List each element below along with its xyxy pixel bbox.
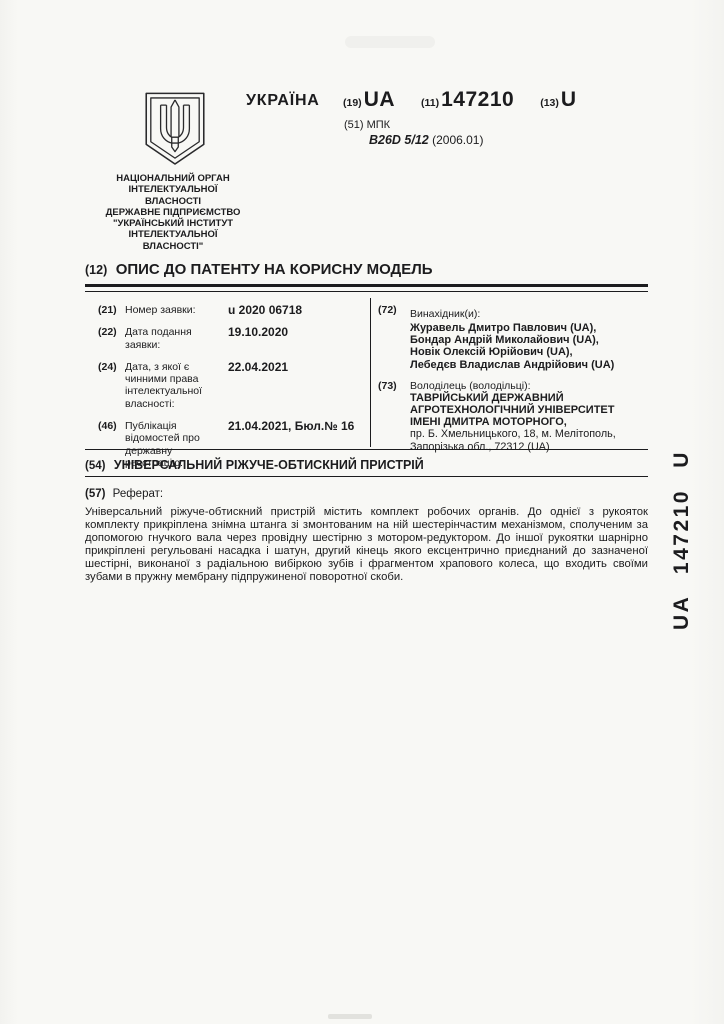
authority-line: ІНТЕЛЕКТУАЛЬНОЇ	[75, 184, 271, 195]
field-73-row: (73) Володілець (володільці): ТАВРІЙСЬКИ…	[378, 380, 640, 454]
scan-artifact	[328, 1014, 372, 1019]
country-name: УКРАЇНА	[246, 92, 320, 110]
effective-date: 22.04.2021	[228, 361, 360, 410]
field-number: (21)	[98, 304, 125, 316]
field-number: (24)	[98, 361, 125, 410]
authority-line: "УКРАЇНСЬКИЙ ІНСТИТУТ	[75, 218, 271, 229]
ipc-class-code: B26D 5/12	[369, 133, 429, 147]
authority-line: ВЛАСНОСТІ"	[75, 241, 271, 252]
invention-title: УНІВЕРСАЛЬНИЙ РІЖУЧЕ-ОБТИСКНИЙ ПРИСТРІЙ	[114, 458, 424, 472]
inventors-label: Винахідник(и):	[410, 308, 480, 320]
abstract-label: Реферат:	[113, 488, 163, 500]
inventors-list: Журавель Дмитро Павлович (UA), Бондар Ан…	[410, 322, 640, 371]
authority-line: ДЕРЖАВНЕ ПІДПРИЄМСТВО	[75, 207, 271, 218]
vertical-publication-code: UA 147210 U	[670, 450, 694, 630]
field-label: Номер заявки:	[125, 304, 228, 316]
field-number: (73)	[378, 380, 410, 454]
owner-name: ТАВРІЙСЬКИЙ ДЕРЖАВНИЙ АГРОТЕХНОЛОГІЧНИЙ …	[410, 392, 640, 429]
ipc-version: (2006.01)	[432, 133, 483, 147]
column-divider	[370, 298, 371, 447]
ipc-heading: (51) МПК	[344, 119, 390, 131]
field-57-number: (57)	[85, 488, 105, 500]
biblio-right-column: (72) Винахідник(и): Журавель Дмитро Павл…	[378, 304, 640, 463]
title-underline-rule	[85, 476, 648, 477]
field-number: (22)	[98, 326, 125, 351]
field-24-row: (24) Дата, з якої є чинними права інтеле…	[98, 361, 360, 410]
filing-date: 19.10.2020	[228, 326, 360, 351]
ipc-classification: B26D 5/12 (2006.01)	[369, 133, 483, 147]
code-11-label: (11)	[421, 97, 439, 109]
biblio-left-column: (21) Номер заявки: u 2020 06718 (22) Дат…	[98, 304, 360, 479]
issuing-authority: НАЦІОНАЛЬНИЙ ОРГАН ІНТЕЛЕКТУАЛЬНОЇ ВЛАСН…	[75, 173, 271, 252]
field-22-row: (22) Дата подання заявки: 19.10.2020	[98, 326, 360, 351]
inventor-name: Лебедєв Владислав Андрійович (UA)	[410, 359, 640, 371]
publication-number: 147210	[441, 88, 514, 112]
authority-line: ІНТЕЛЕКТУАЛЬНОЇ	[75, 229, 271, 240]
inventor-name: Бондар Андрій Миколайович (UA),	[410, 334, 640, 346]
code-19-value: UA	[364, 88, 395, 112]
field-number: (72)	[378, 304, 410, 371]
abstract-text: Універсальний ріжуче-обтискний пристрій …	[85, 506, 648, 584]
patent-document-page: УКРАЇНА (19) UA (11) 147210 (13) U (51) …	[0, 0, 724, 1024]
authority-line: ВЛАСНОСТІ	[75, 196, 271, 207]
field-54-number: (54)	[85, 460, 105, 472]
document-type-title: ОПИС ДО ПАТЕНТУ НА КОРИСНУ МОДЕЛЬ	[116, 261, 433, 278]
abstract-heading: (57) Реферат:	[85, 488, 163, 500]
owner-label: Володілець (володільці):	[410, 380, 640, 392]
owner-address: пр. Б. Хмельницького, 18, м. Мелітополь,…	[410, 428, 640, 453]
code-19-label: (19)	[343, 97, 362, 109]
field-label: Дата, з якої є чинними права інтелектуал…	[125, 361, 228, 410]
bibliographic-section: (21) Номер заявки: u 2020 06718 (22) Дат…	[85, 296, 648, 450]
double-rule-thin	[85, 291, 648, 292]
invention-title-line: (54) УНІВЕРСАЛЬНИЙ РІЖУЧЕ-ОБТИСКНИЙ ПРИС…	[85, 456, 424, 474]
authority-line: НАЦІОНАЛЬНИЙ ОРГАН	[75, 173, 271, 184]
field-12-number: (12)	[85, 263, 107, 277]
application-number: u 2020 06718	[228, 304, 360, 316]
publication-codes: (19) UA (11) 147210 (13) U	[343, 88, 577, 112]
kind-code: U	[561, 88, 577, 112]
ukraine-trident-emblem-icon	[141, 90, 209, 170]
inventor-name: Журавель Дмитро Павлович (UA),	[410, 322, 640, 334]
field-label: Дата подання заявки:	[125, 326, 228, 351]
field-72-row: (72) Винахідник(и): Журавель Дмитро Павл…	[378, 304, 640, 371]
scan-artifact	[345, 36, 435, 48]
double-rule-thick	[85, 284, 648, 287]
field-21-row: (21) Номер заявки: u 2020 06718	[98, 304, 360, 316]
code-13-label: (13)	[540, 97, 559, 109]
document-type-heading: (12) ОПИС ДО ПАТЕНТУ НА КОРИСНУ МОДЕЛЬ	[85, 261, 433, 279]
inventor-name: Новік Олексій Юрійович (UA),	[410, 346, 640, 358]
